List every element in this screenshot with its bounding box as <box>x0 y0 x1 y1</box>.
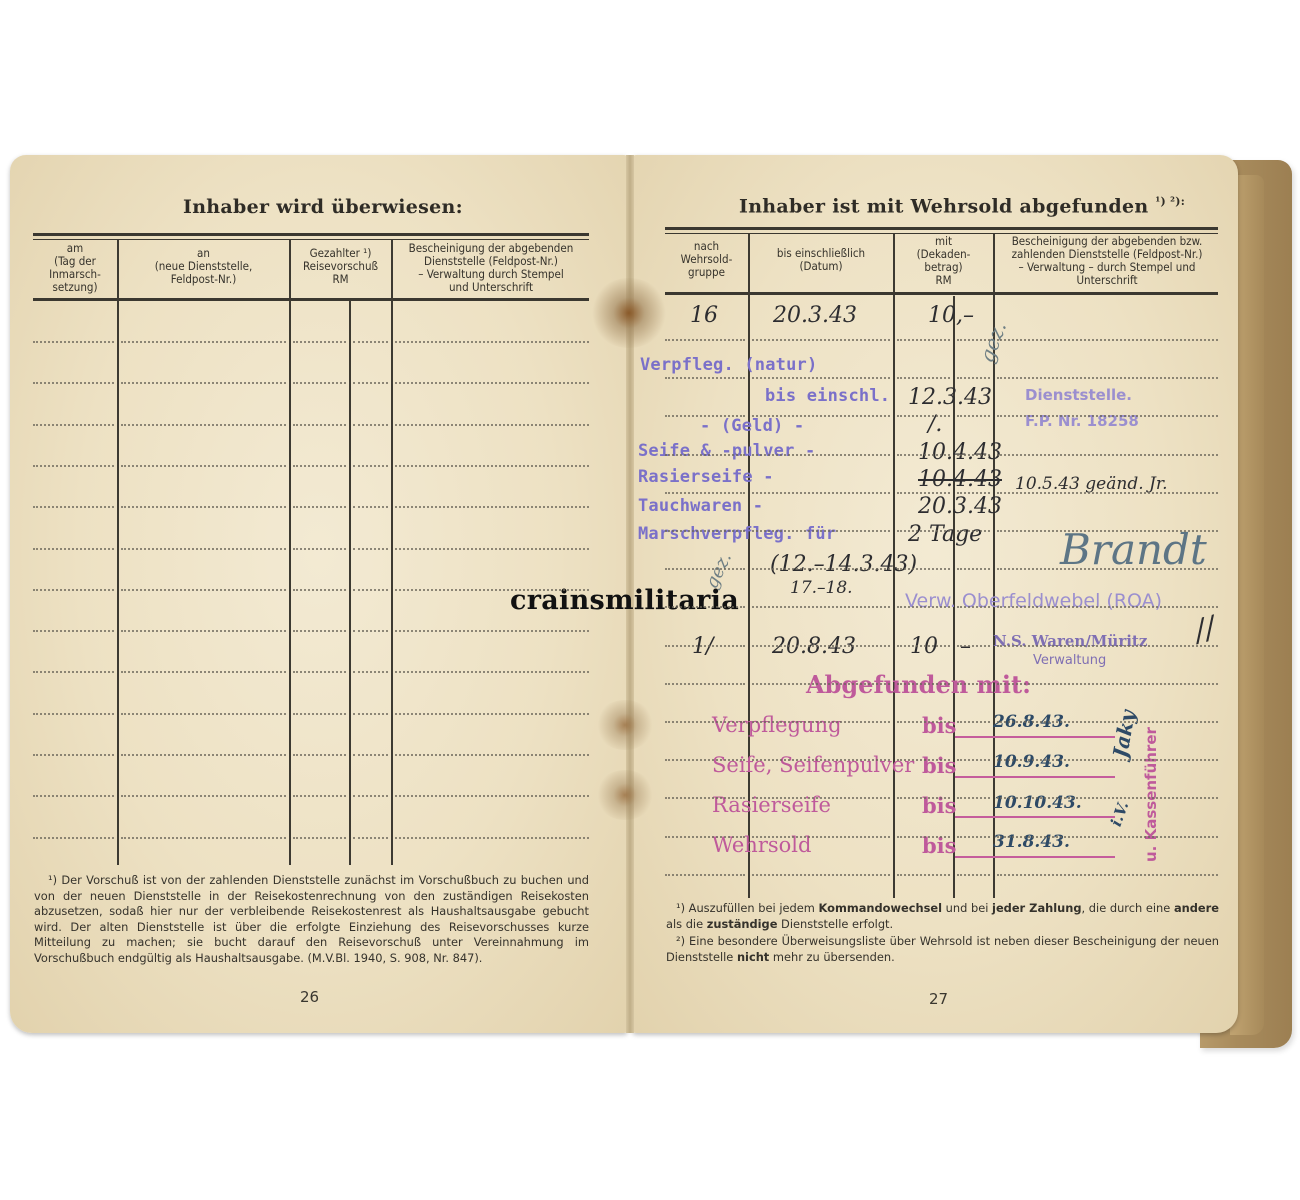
dotted-row-line <box>33 424 114 426</box>
fn2-bold-nicht: nicht <box>737 950 769 964</box>
dotted-row-line <box>121 382 286 384</box>
stamp-verw-oberfeldwebel: Verw. Oberfeldwebel (ROA) <box>905 590 1162 612</box>
dotted-row-line <box>957 339 990 341</box>
entry1-betrag: 10,– <box>928 303 974 328</box>
fn2-part: mehr zu übersenden. <box>769 950 894 964</box>
right-footnote-2: ²) Eine besondere Überweisungsliste über… <box>666 934 1219 965</box>
dotted-row-line <box>897 721 950 723</box>
dotted-row-line <box>997 339 1218 341</box>
dotted-row-line <box>997 568 1218 570</box>
dotted-row-line <box>395 465 589 467</box>
dotted-row-line <box>897 683 950 685</box>
dotted-row-line <box>897 759 950 761</box>
dotted-row-line <box>957 797 990 799</box>
dotted-row-line <box>752 377 890 379</box>
dotted-row-line <box>752 339 890 341</box>
dotted-row-line <box>395 424 589 426</box>
dotted-row-line <box>997 492 1218 494</box>
dotted-row-line <box>665 530 745 532</box>
right-col-header-datum: bis einschließlich (Datum) <box>750 247 892 273</box>
dotted-row-line <box>997 415 1218 417</box>
stamp-unit-sub: Verwaltung <box>1033 653 1106 668</box>
dotted-row-line <box>395 754 589 756</box>
dotted-row-line <box>897 797 950 799</box>
dotted-row-line <box>33 382 114 384</box>
dotted-row-line <box>665 606 745 608</box>
dotted-row-line <box>752 874 890 876</box>
dotted-row-line <box>997 797 1218 799</box>
dotted-row-line <box>293 837 346 839</box>
right-footnote-1: ¹) Auszufüllen bei jedem Kommandowechsel… <box>666 901 1219 932</box>
dotted-row-line <box>395 548 589 550</box>
typed-geld: - (Geld) - <box>700 416 804 436</box>
dotted-row-line <box>33 671 114 673</box>
dotted-row-line <box>33 465 114 467</box>
left-page-number: 26 <box>300 988 319 1006</box>
entry-tauchwaren-date: 20.3.43 <box>918 494 1002 519</box>
abgefunden-bis-2: bis <box>922 753 956 778</box>
left-col-header-bescheinigung: Bescheinigung der abgebenden Dienststell… <box>393 242 589 294</box>
dotted-row-line <box>293 548 346 550</box>
entry-seife-date: 10.4.43 <box>918 440 1002 465</box>
dotted-row-line <box>957 759 990 761</box>
dotted-row-line <box>752 606 890 608</box>
dotted-row-line <box>395 671 589 673</box>
dotted-row-line <box>957 530 990 532</box>
left-col-divider-3 <box>391 240 393 865</box>
dotted-row-line <box>665 377 745 379</box>
dotted-row-line <box>293 630 346 632</box>
dotted-row-line <box>897 606 950 608</box>
dotted-row-line <box>121 630 286 632</box>
signature-brandt: Brandt <box>1060 525 1207 574</box>
dotted-row-line <box>121 341 286 343</box>
fn1-bold-kommandowechsel: Kommandowechsel <box>819 901 942 915</box>
dotted-row-line <box>395 795 589 797</box>
dotted-row-line <box>353 754 388 756</box>
dotted-row-line <box>353 795 388 797</box>
abgefunden-label-seife: Seife, Seifenpulver <box>712 753 914 777</box>
fn1-bold-jeder-zahlung: jeder Zahlung <box>992 901 1081 915</box>
fn1-part: als die <box>666 917 707 931</box>
dotted-row-line <box>293 506 346 508</box>
dotted-row-line <box>33 713 114 715</box>
dotted-row-line <box>897 415 950 417</box>
dotted-row-line <box>665 759 745 761</box>
fn1-part: ¹) Auszufüllen bei jedem <box>676 901 819 915</box>
dotted-row-line <box>121 837 286 839</box>
dotted-row-line <box>395 506 589 508</box>
dotted-row-line <box>665 339 745 341</box>
dotted-row-line <box>293 671 346 673</box>
dotted-row-line <box>395 382 589 384</box>
staple-stain-bottom <box>595 770 655 820</box>
stamp-dienststelle: Dienststelle. <box>1025 386 1132 404</box>
dotted-row-line <box>293 341 346 343</box>
dotted-row-line <box>353 506 388 508</box>
dotted-row-line <box>897 568 950 570</box>
dotted-row-line <box>353 671 388 673</box>
dotted-row-line <box>33 630 114 632</box>
left-footnote: ¹) Der Vorschuß ist von der zahlenden Di… <box>34 873 589 966</box>
dotted-row-line <box>957 415 990 417</box>
staple-stain-top <box>590 278 668 348</box>
dotted-row-line <box>997 836 1218 838</box>
dotted-row-line <box>293 465 346 467</box>
entry-marsch-dates-2: 17.–18. <box>790 578 853 598</box>
dotted-row-line <box>997 530 1218 532</box>
dotted-row-line <box>665 874 745 876</box>
dotted-row-line <box>752 530 890 532</box>
dotted-row-line <box>293 424 346 426</box>
dotted-row-line <box>997 377 1218 379</box>
dotted-row-line <box>353 713 388 715</box>
left-table-top-rule <box>33 233 589 236</box>
dotted-row-line <box>353 382 388 384</box>
abgefunden-date-seife: 10.9.43. <box>993 752 1070 772</box>
dotted-row-line <box>33 341 114 343</box>
dotted-row-line <box>897 492 950 494</box>
right-table-top-rule <box>665 227 1218 230</box>
dotted-row-line <box>997 721 1218 723</box>
dotted-row-line <box>957 683 990 685</box>
dotted-row-line <box>665 454 745 456</box>
abgefunden-underline-1 <box>955 736 1115 738</box>
right-col-header-gruppe: nach Wehrsold- gruppe <box>666 240 747 279</box>
dotted-row-line <box>353 837 388 839</box>
typed-seife-pulver: Seife & -pulver - <box>638 441 815 461</box>
dotted-row-line <box>121 465 286 467</box>
dotted-row-line <box>957 721 990 723</box>
right-col-header-bescheinigung: Bescheinigung der abgebenden bzw. zahlen… <box>996 235 1218 287</box>
dotted-row-line <box>957 874 990 876</box>
dotted-row-line <box>752 759 890 761</box>
typed-tauchwaren: Tauchwaren - <box>638 496 763 516</box>
dotted-row-line <box>395 837 589 839</box>
dotted-row-line <box>897 836 950 838</box>
dotted-row-line <box>353 630 388 632</box>
dotted-row-line <box>121 506 286 508</box>
dotted-row-line <box>121 795 286 797</box>
abgefunden-bis-1: bis <box>922 713 956 738</box>
entry-rasierseife-date-struck: 10.4.43 <box>918 467 1002 492</box>
right-col-header-betrag: mit (Dekaden- betrag) RM <box>895 235 992 287</box>
dotted-row-line <box>957 568 990 570</box>
entry1-datum: 20.3.43 <box>773 303 857 328</box>
dotted-row-line <box>293 713 346 715</box>
dotted-row-line <box>752 568 890 570</box>
typed-rasierseife: Rasierseife - <box>638 467 774 487</box>
dotted-row-line <box>957 645 990 647</box>
left-col-divider-1 <box>117 240 119 865</box>
typed-marschverpfleg: Marschverpfleg. für <box>638 524 836 544</box>
dotted-row-line <box>121 671 286 673</box>
dotted-row-line <box>997 454 1218 456</box>
typed-bis-einschl: bis einschl. <box>765 386 890 406</box>
dotted-row-line <box>665 836 745 838</box>
dotted-row-line <box>395 630 589 632</box>
entry-marsch-tage: 2 Tage <box>908 522 982 547</box>
entry-verpfleg-date: 12.3.43 <box>908 385 992 410</box>
dotted-row-line <box>752 415 890 417</box>
dotted-row-line <box>33 548 114 550</box>
staple-stain-middle <box>595 700 655 750</box>
right-page-title: Inhaber ist mit Wehrsold abgefunden ¹) ²… <box>739 195 1185 217</box>
fn1-part: und bei <box>942 901 992 915</box>
abgefunden-underline-3 <box>955 816 1115 818</box>
fn1-part: Dienststelle erfolgt. <box>777 917 893 931</box>
left-col-header-am: am (Tag der Inmarsch- setzung) <box>34 242 116 294</box>
dotted-row-line <box>121 713 286 715</box>
dotted-row-line <box>293 589 346 591</box>
right-page-number: 27 <box>929 990 948 1008</box>
dotted-row-line <box>353 589 388 591</box>
dotted-row-line <box>997 645 1218 647</box>
dotted-row-line <box>121 548 286 550</box>
fn1-part: , die durch eine <box>1082 901 1174 915</box>
dotted-row-line <box>121 589 286 591</box>
dotted-row-line <box>395 713 589 715</box>
abgefunden-date-rasierseife: 10.10.43. <box>993 793 1082 813</box>
dotted-row-line <box>353 548 388 550</box>
dotted-row-line <box>897 339 950 341</box>
dotted-row-line <box>353 424 388 426</box>
dotted-row-line <box>353 341 388 343</box>
dotted-row-line <box>957 377 990 379</box>
left-page-title: Inhaber wird überwiesen: <box>183 196 463 218</box>
dotted-row-line <box>33 795 114 797</box>
dotted-row-line <box>293 382 346 384</box>
dotted-row-line <box>353 465 388 467</box>
dotted-row-line <box>897 377 950 379</box>
dotted-row-line <box>293 754 346 756</box>
abgefunden-label-verpflegung: Verpflegung <box>712 713 842 737</box>
dotted-row-line <box>752 683 890 685</box>
fn1-bold-andere: andere <box>1174 901 1219 915</box>
left-col-header-an: an (neue Dienststelle, Feldpost-Nr.) <box>119 247 288 286</box>
right-title-footnote-marks: ¹) ²): <box>1155 195 1185 208</box>
stamp-kassenfuehrer-vertical: u. Kassenführer <box>1142 727 1160 862</box>
entry1-gruppe: 16 <box>690 303 718 328</box>
dotted-row-line <box>752 797 890 799</box>
left-col-divider-2 <box>289 240 291 865</box>
dotted-row-line <box>33 837 114 839</box>
typed-verpfleg-natur: Verpfleg. (natur) <box>640 355 817 375</box>
stamp-unit: N.S. Waren/Müritz <box>993 632 1147 650</box>
dotted-row-line <box>293 795 346 797</box>
left-col-divider-2b <box>349 300 351 865</box>
dotted-row-line <box>997 683 1218 685</box>
right-title-text: Inhaber ist mit Wehrsold abgefunden <box>739 195 1149 217</box>
dotted-row-line <box>752 721 890 723</box>
dotted-row-line <box>33 754 114 756</box>
dotted-row-line <box>752 645 890 647</box>
dotted-row-line <box>957 454 990 456</box>
dotted-row-line <box>33 506 114 508</box>
dotted-row-line <box>752 454 890 456</box>
dotted-row-line <box>395 341 589 343</box>
dotted-row-line <box>997 874 1218 876</box>
dotted-row-line <box>897 530 950 532</box>
fn1-bold-zustaendige: zuständige <box>707 917 778 931</box>
dotted-row-line <box>752 492 890 494</box>
dotted-row-line <box>665 683 745 685</box>
dotted-row-line <box>121 424 286 426</box>
dotted-row-line <box>395 589 589 591</box>
dotted-row-line <box>897 454 950 456</box>
dotted-row-line <box>957 836 990 838</box>
dotted-row-line <box>665 645 745 647</box>
dotted-row-line <box>665 492 745 494</box>
dotted-row-line <box>957 606 990 608</box>
dotted-row-line <box>997 606 1218 608</box>
dotted-row-line <box>665 721 745 723</box>
abgefunden-underline-2 <box>955 776 1115 778</box>
dotted-row-line <box>957 492 990 494</box>
dotted-row-line <box>33 589 114 591</box>
abgefunden-underline-4 <box>955 856 1115 858</box>
dotted-row-line <box>897 874 950 876</box>
dotted-row-line <box>665 797 745 799</box>
dotted-row-line <box>752 836 890 838</box>
dotted-row-line <box>665 568 745 570</box>
entry-marsch-dates: (12.–14.3.43) <box>770 552 917 577</box>
left-col-header-reisevorschuss: Gezahlter ¹) Reisevorschuß RM <box>291 247 390 286</box>
dotted-row-line <box>897 645 950 647</box>
dotted-row-line <box>665 415 745 417</box>
dotted-row-line <box>121 754 286 756</box>
dotted-row-line <box>997 759 1218 761</box>
